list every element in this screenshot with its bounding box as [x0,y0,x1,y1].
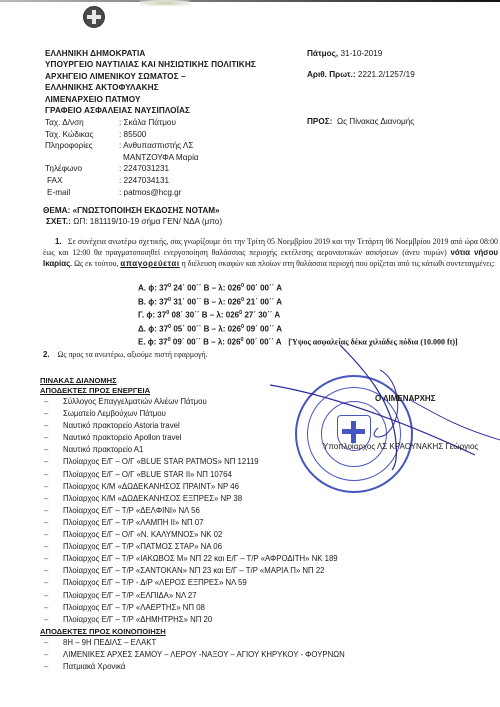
list-item: –Πλοίαρχος Ε/Γ – Τ/Ρ «ΕΛΠΙΔΑ» ΝΛ 27 [44,590,404,602]
coordinate-row: Δ. ϕ: 370 05΄ 00΄΄ Β – λ: 0260 09΄ 00΄΄ … [138,322,458,336]
email-link[interactable]: : patmos@hcg.gr [119,187,181,199]
list-item: –Πλοίαρχος Κ/Μ «ΔΩΔΕΚΑΝΗΣΟΣ ΕΞΠΡΕΣ» ΝΡ 3… [44,493,404,505]
header-line: ΛΙΜΕΝΑΡΧΕΙΟ ΠΑΤΜΟΥ [45,94,256,105]
scan-edge [0,0,500,2]
contact-row-phone: Τηλέφωνο : 2247031231 [45,163,245,175]
list-item: –ΛΙΜΕΝΙΚΕΣ ΑΡΧΕΣ ΣΑΜΟΥ – ΛΕΡΟΥ -ΝΑΞΟΥ – … [44,649,404,661]
header-line: ΥΠΟΥΡΓΕΙΟ ΝΑΥΤΙΛΙΑΣ ΚΑΙ ΝΗΣΙΩΤΙΚΗΣ ΠΟΛΙΤ… [45,59,256,70]
paragraph-1: 1. Σε συνέχεια ανωτέρω σχετικής, σας γνω… [43,237,498,270]
coordinate-row: Γ. ϕ: 370 08΄ 30΄΄ Β – λ: 0260 27΄ 30΄΄ … [138,308,458,322]
forbidden-emphasis: απαγορεύεται [120,259,179,268]
protocol-line: Αριθ. Πρωτ.: 2221.2/1257/19 [307,70,415,79]
greek-coat-of-arms-icon [83,6,105,28]
list-item: –Πλοίαρχος Ε/Γ – Τ/Ρ «ΛΑΜΠΗ ΙΙ» ΝΠ 07 [44,517,404,529]
signatory-name: Υποπλοίαρχος ΛΣ ΚΡΑΟΥΝΑΚΗΣ Γεώργιος [323,442,478,451]
reference-line: ΣΧΕΤ.: ΩΠ: 181119/10-19 σήμα ΓΕΝ/ ΝΔΑ (μ… [46,216,222,228]
header-line: ΓΡΑΦΕΙΟ ΑΣΦΑΛΕΙΑΣ ΝΑΥΣΙΠΛΟΪΑΣ [45,105,256,116]
contact-row-fax: FAX : 2247034131 [45,175,245,187]
recipient-line: ΠΡΟΣ: Ως Πίνακας Διανομής [307,117,414,126]
handwritten-signature [270,340,500,480]
info-recipients-title: ΑΠΟΔΕΚΤΕΣ ΠΡΟΣ ΚΟΙΝΟΠΟΙΗΣΗ [40,626,166,637]
list-item: –8Η – 9Η ΠΕΔΙΛΣ – ΕΛΑΚΤ [44,637,404,649]
coordinate-row: Β. ϕ: 370 31΄ 00΄΄ Β – λ: 0260 21΄ 00΄΄ … [138,295,458,309]
list-item: –Πλοίαρχος Ε/Γ – Τ/Ρ «ΔΕΛΦΙΝΙ» ΝΛ 56 [44,505,404,517]
issuer-header: ΕΛΛΗΝΙΚΗ ΔΗΜΟΚΡΑΤΙΑ ΥΠΟΥΡΓΕΙΟ ΝΑΥΤΙΛΙΑΣ … [45,48,256,116]
list-item: –Πλοίαρχος Ε/Γ – Τ/Ρ - Δ/Ρ «ΛΕΡΟΣ ΕΞΠΡΕΣ… [44,577,404,589]
list-item: –Πατμιακά Χρονικά [44,661,404,673]
scan-smudge [140,0,190,6]
list-item: –Πλοίαρχος Ε/Γ – Ο/Γ «Ν. ΚΑΛΥΜΝΟΣ» ΝΚ 02 [44,529,404,541]
subject-line: ΘΕΜΑ: «ΓΝΩΣΤΟΠΟΙΗΣΗ ΕΚΔΟΣΗΣ ΝΟΤΑΜ» [43,205,220,217]
contact-block: Ταχ. Δ/νση : Σκάλα Πάτμου Ταχ. Κώδικας :… [45,117,245,202]
coordinate-row: Α. ϕ: 370 24΄ 00΄΄ Β – λ: 0260 00΄ 00΄΄ … [138,281,458,295]
contact-row-postcode: Ταχ. Κώδικας : 85500 [45,129,245,141]
date-line: Πάτμος, 31-10-2019 [307,49,382,58]
contact-row-email: E-mail : patmos@hcg.gr [45,187,245,199]
coordinates-list: Α. ϕ: 370 24΄ 00΄΄ Β – λ: 0260 00΄ 00΄΄ … [138,281,458,349]
header-line: ΕΛΛΗΝΙΚΗΣ ΑΚΤΟΦΥΛΑΚΗΣ [45,82,256,93]
info-recipients-list: –8Η – 9Η ΠΕΔΙΛΣ – ΕΛΑΚΤ –ΛΙΜΕΝΙΚΕΣ ΑΡΧΕΣ… [44,637,404,673]
signatory-title: Ο ΛΙΜΕΝΑΡΧΗΣ [375,394,436,403]
list-item: –Πλοίαρχος Ε/Γ – Τ/Ρ «ΛΑΕΡΤΗΣ» ΝΠ 08 [44,602,404,614]
contact-row-info-name: ΜΑΝΤΖΟΥΦΑ Μαρία [45,152,245,164]
contact-row-address: Ταχ. Δ/νση : Σκάλα Πάτμου [45,117,245,129]
list-item: –Πλοίαρχος Ε/Γ – Τ/Ρ «ΣΑΝΤΟΚΑΝ» ΝΠ 23 κα… [44,565,404,577]
list-item: –Πλοίαρχος Ε/Γ – Τ/Ρ «ΙΑΚΩΒΟΣ Μ» ΝΠ 22 κ… [44,553,404,565]
action-recipients-title: ΑΠΟΔΕΚΤΕΣ ΠΡΟΣ ΕΝΕΡΓΕΙΑ [40,385,150,396]
contact-row-info: Πληροφορίες : Ανθυπασπιστής ΛΣ [45,140,245,152]
list-item: –Πλοίαρχος Ε/Γ – Τ/Ρ «ΠΑΤΜΟΣ ΣΤΑΡ» ΝΑ 06 [44,541,404,553]
header-line: ΕΛΛΗΝΙΚΗ ΔΗΜΟΚΡΑΤΙΑ [45,48,256,59]
list-item: –Πλοίαρχος Ε/Γ – Τ/Ρ «ΔΗΜΗΤΡΗΣ» ΝΠ 20 [44,614,404,626]
header-line: ΑΡΧΗΓΕΙΟ ΛΙΜΕΝΙΚΟΥ ΣΩΜΑΤΟΣ – [45,71,256,82]
